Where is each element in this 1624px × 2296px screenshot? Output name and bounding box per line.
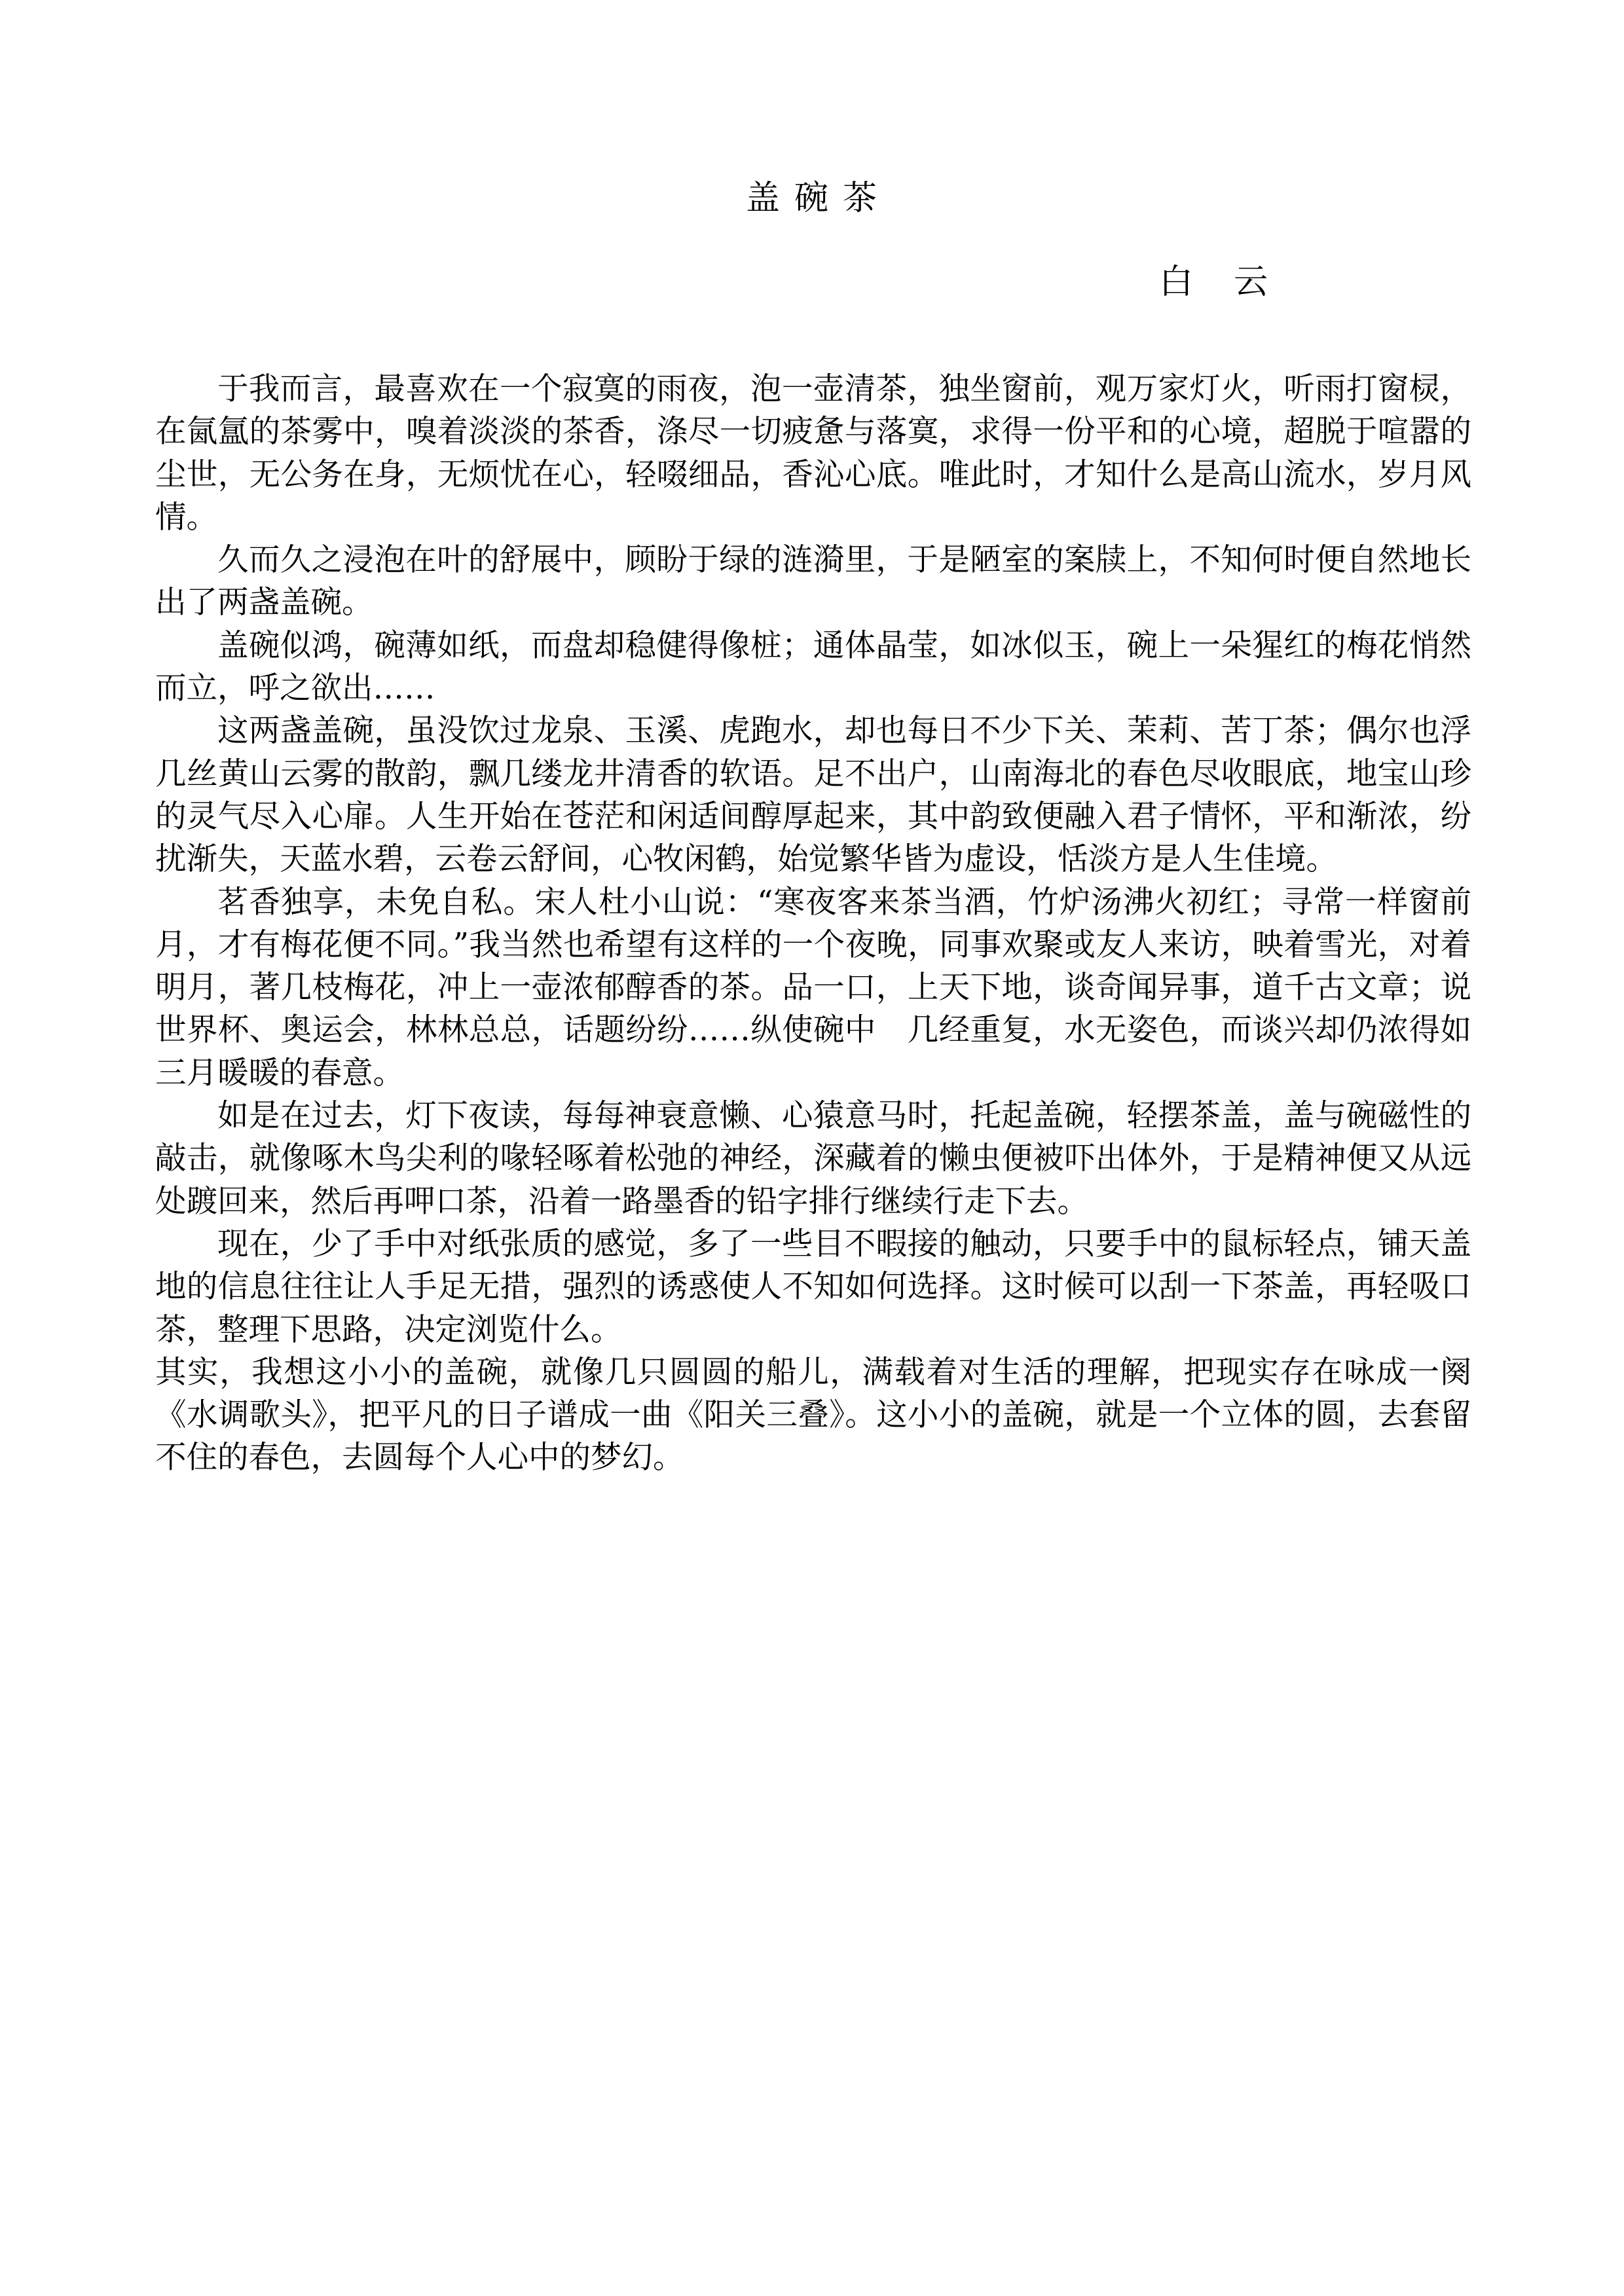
paragraph: 如是在过去，灯下夜读，每每神衰意懒、心猿意马时，托起盖碗，轻摆茶盖，盖与碗磁性的… bbox=[155, 1095, 1471, 1223]
paragraph: 盖碗似鸿，碗薄如纸，而盘却稳健得像桩；通体晶莹，如冰似玉，碗上一朵猩红的梅花悄然… bbox=[155, 625, 1471, 710]
paragraph: 现在，少了手中对纸张质的感觉，多了一些目不暇接的触动，只要手中的鼠标轻点，铺天盖… bbox=[155, 1223, 1471, 1351]
document-title: 盖碗茶 bbox=[0, 175, 1624, 221]
paragraph: 久而久之浸泡在叶的舒展中，顾盼于绿的涟漪里，于是陋室的案牍上，不知何时便自然地长… bbox=[155, 539, 1471, 625]
author-name: 白云 bbox=[1159, 259, 1308, 305]
paragraph: 茗香独享，未免自私。宋人杜小山说：“寒夜客来茶当酒，竹炉汤沸火初红；寻常一样窗前… bbox=[155, 881, 1471, 1095]
paragraph: 于我而言，最喜欢在一个寂寞的雨夜，泡一壶清茶，独坐窗前，观万家灯火，听雨打窗棂，… bbox=[155, 368, 1471, 539]
article-body: 于我而言，最喜欢在一个寂寞的雨夜，泡一壶清茶，独坐窗前，观万家灯火，听雨打窗棂，… bbox=[155, 368, 1471, 1480]
paragraph: 其实，我想这小小的盖碗，就像几只圆圆的船儿，满载着对生活的理解，把现实存在咏成一… bbox=[155, 1351, 1471, 1480]
paragraph: 这两盏盖碗，虽没饮过龙泉、玉溪、虎跑水，却也每日不少下关、茉莉、苦丁茶；偶尔也浮… bbox=[155, 710, 1471, 881]
